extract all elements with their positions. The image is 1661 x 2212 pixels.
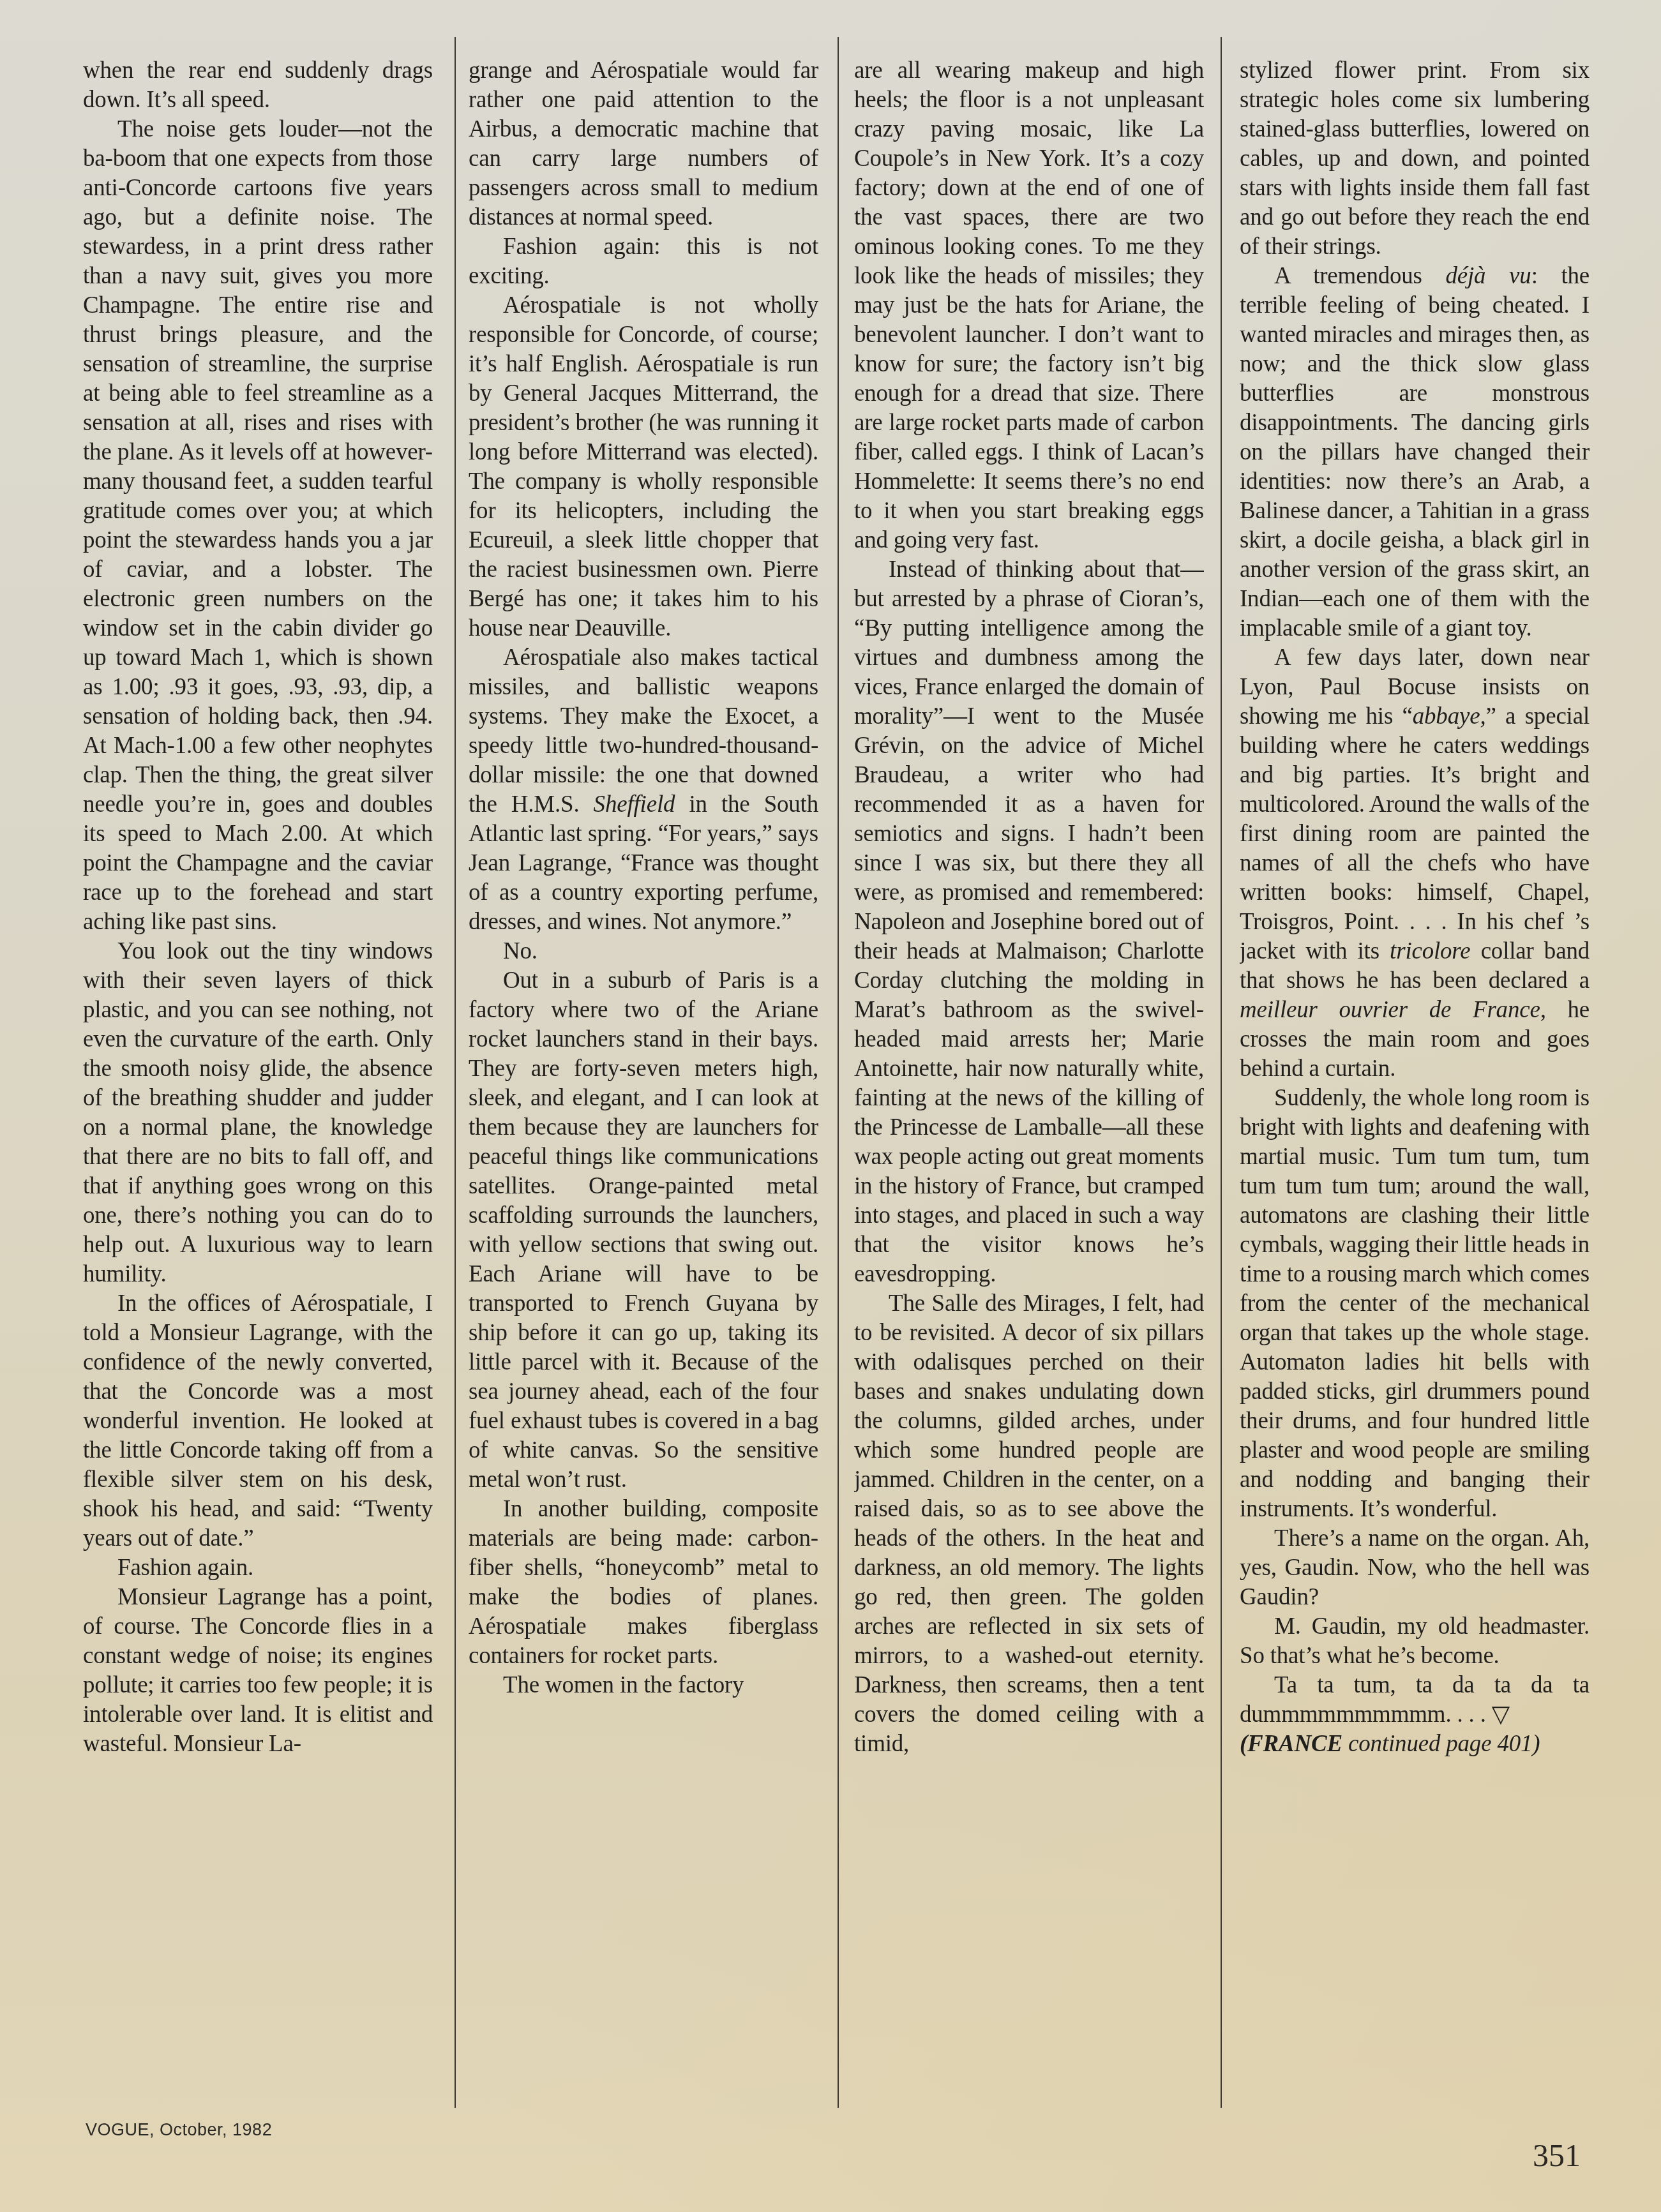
paragraph: Suddenly, the whole long room is bright … bbox=[1240, 1084, 1590, 1524]
column-divider bbox=[838, 37, 839, 2108]
paragraph: are all wearing makeup and high heels; t… bbox=[854, 56, 1204, 555]
column-divider bbox=[1221, 37, 1222, 2108]
paragraph: The noise gets louder—not the ba-boom th… bbox=[83, 115, 433, 937]
page-number: 351 bbox=[1533, 2137, 1581, 2174]
paragraph: stylized flower print. From six strategi… bbox=[1240, 56, 1590, 262]
paragraph: A tremendous déjà vu: the terrible feeli… bbox=[1240, 262, 1590, 643]
paragraph: grange and Aérospatiale would far rather… bbox=[469, 56, 818, 232]
paragraph: You look out the tiny windows with their… bbox=[83, 937, 433, 1289]
emphasized-text: Sheffield bbox=[594, 791, 675, 818]
paragraph: Monsieur Lagrange has a point, of course… bbox=[83, 1583, 433, 1759]
text-column-1: when the rear end suddenly drags down. I… bbox=[83, 56, 433, 2108]
paragraph: No. bbox=[469, 937, 818, 966]
paragraph: Fashion again. bbox=[83, 1553, 433, 1583]
text-column-2: grange and Aérospatiale would far rather… bbox=[469, 56, 818, 2108]
paragraph: (FRANCE continued page 401) bbox=[1240, 1730, 1590, 1759]
emphasized-text: meilleur ouvrier de France, bbox=[1240, 997, 1546, 1023]
paragraph: Ta ta tum, ta da ta da ta dummmmmmmmmm. … bbox=[1240, 1671, 1590, 1730]
paragraph: The Salle des Mirages, I felt, had to be… bbox=[854, 1289, 1204, 1759]
paragraph: Fashion again: this is not exciting. bbox=[469, 232, 818, 291]
article-text-block: when the rear end suddenly drags down. I… bbox=[83, 56, 1590, 2108]
magazine-page: when the rear end suddenly drags down. I… bbox=[0, 0, 1661, 2212]
paragraph: The women in the factory bbox=[469, 1671, 818, 1700]
emphasized-text: déjà vu bbox=[1446, 263, 1531, 289]
emphasized-text: continued page 401) bbox=[1348, 1731, 1540, 1757]
column-divider bbox=[455, 37, 456, 2108]
paragraph: Aérospatiale is not wholly responsible f… bbox=[469, 291, 818, 643]
text-column-4: stylized flower print. From six strategi… bbox=[1240, 56, 1590, 2108]
text-column-3: are all wearing makeup and high heels; t… bbox=[854, 56, 1204, 2108]
paragraph: In the offices of Aérospatiale, I told a… bbox=[83, 1289, 433, 1553]
emphasized-text: abbaye, bbox=[1413, 703, 1486, 729]
paragraph: Instead of thinking about that—but arres… bbox=[854, 555, 1204, 1289]
emphasized-text: (FRANCE bbox=[1240, 1731, 1348, 1757]
paragraph: M. Gaudin, my old headmaster. So that’s … bbox=[1240, 1612, 1590, 1671]
paragraph: Out in a suburb of Paris is a factory wh… bbox=[469, 966, 818, 1495]
paragraph: A few days later, down near Lyon, Paul B… bbox=[1240, 643, 1590, 1084]
footer-credit: VOGUE, October, 1982 bbox=[86, 2120, 272, 2140]
paragraph: There’s a name on the organ. Ah, yes, Ga… bbox=[1240, 1524, 1590, 1612]
paragraph: Aérospatiale also makes tactical missile… bbox=[469, 643, 818, 937]
paragraph: In another building, composite materials… bbox=[469, 1495, 818, 1671]
paragraph: when the rear end suddenly drags down. I… bbox=[83, 56, 433, 115]
emphasized-text: tricolore bbox=[1390, 938, 1470, 964]
